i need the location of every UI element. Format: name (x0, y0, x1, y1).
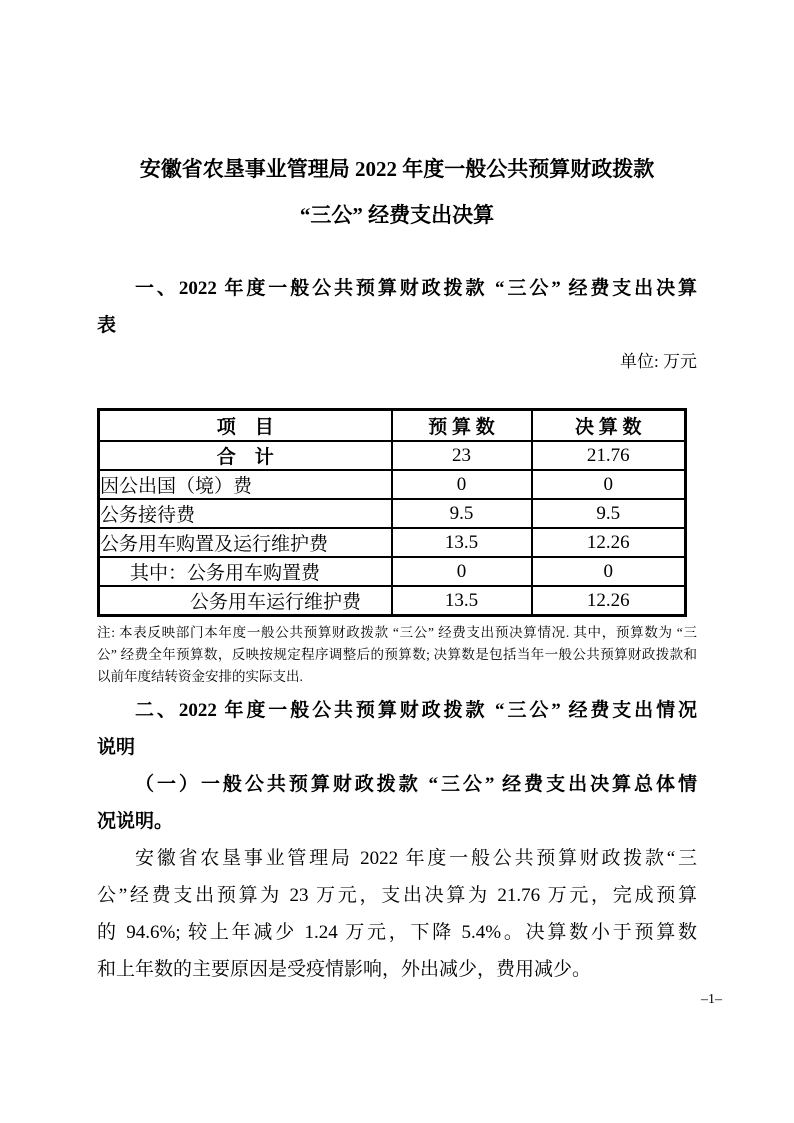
final-cell: 12.26 (532, 586, 686, 616)
section2-sub-heading: （一）一般公共预算财政拨款 “三公” 经费支出决算总体情况说明。 (97, 766, 697, 840)
header-final: 决 算 数 (532, 410, 686, 442)
section2-heading: 二、2022 年度一般公共预算财政拨款 “三公” 经费支出情况说明 (97, 692, 697, 766)
header-item: 项 目 (99, 410, 392, 442)
budget-table: 项 目 预 算 数 决 算 数 合 计2321.76因公出国（境）费00公务接待… (97, 408, 687, 617)
final-cell: 21.76 (532, 441, 686, 470)
section2-heading-line: 二、2022 年度一般公共预算财政拨款 “三公” 经费支出情况 (97, 692, 697, 729)
budget-cell: 13.5 (392, 528, 532, 557)
table-header-row: 项 目 预 算 数 决 算 数 (99, 410, 686, 442)
table-row: 因公出国（境）费00 (99, 470, 686, 499)
section2-sub-heading-line: 况说明。 (97, 803, 697, 840)
budget-cell: 0 (392, 557, 532, 586)
document-title: 安徽省农垦事业管理局 2022 年度一般公共预算财政拨款“三公” 经费支出决算 (97, 146, 697, 238)
final-cell: 12.26 (532, 528, 686, 557)
section2-paragraph: 安徽省农垦事业管理局 2022 年度一般公共预算财政拨款“三公”经费支出预算为 … (97, 840, 697, 988)
document-page: 安徽省农垦事业管理局 2022 年度一般公共预算财政拨款“三公” 经费支出决算 … (0, 0, 794, 1123)
section1-heading: 一、2022 年度一般公共预算财政拨款 “三公” 经费支出决算表 (97, 270, 697, 344)
final-cell: 0 (532, 557, 686, 586)
budget-cell: 13.5 (392, 586, 532, 616)
page-number: –1– (701, 992, 722, 1008)
table-row: 其中：公务用车购置费00 (99, 557, 686, 586)
item-cell: 因公出国（境）费 (99, 470, 392, 499)
document-title-line: “三公” 经费支出决算 (97, 192, 697, 238)
section2-paragraph-line: 公”经费支出预算为 23 万元，支出决算为 21.76 万元，完成预算 (97, 877, 697, 914)
budget-cell: 9.5 (392, 499, 532, 528)
table-note-line: 以前年度结转资金安排的实际支出. (97, 666, 697, 688)
table-note-line: 注: 本表反映部门本年度一般公共预算财政拨款 “三公” 经费支出预决算情况. 其… (97, 622, 697, 644)
section2-sub-heading-line: （一）一般公共预算财政拨款 “三公” 经费支出决算总体情 (97, 766, 697, 803)
section2-heading-line: 说明 (97, 729, 697, 766)
section2-block: 二、2022 年度一般公共预算财政拨款 “三公” 经费支出情况说明 （一）一般公… (97, 692, 697, 988)
item-cell: 其中：公务用车购置费 (99, 557, 392, 586)
header-budget: 预 算 数 (392, 410, 532, 442)
table-row: 合 计2321.76 (99, 441, 686, 470)
table-body: 合 计2321.76因公出国（境）费00公务接待费9.59.5公务用车购置及运行… (99, 441, 686, 616)
table-unit-label: 单位: 万元 (97, 350, 697, 374)
section2-paragraph-line: 的 94.6%; 较上年减少 1.24 万元，下降 5.4%。决算数小于预算数 (97, 914, 697, 951)
item-cell: 公务接待费 (99, 499, 392, 528)
budget-cell: 0 (392, 470, 532, 499)
item-cell: 合 计 (99, 441, 392, 470)
section1-heading-line: 一、2022 年度一般公共预算财政拨款 “三公” 经费支出决算 (97, 270, 697, 307)
item-cell: 公务用车购置及运行维护费 (99, 528, 392, 557)
table-note: 注: 本表反映部门本年度一般公共预算财政拨款 “三公” 经费支出预决算情况. 其… (97, 622, 697, 688)
table-row: 公务用车购置及运行维护费13.512.26 (99, 528, 686, 557)
item-cell: 公务用车运行维护费 (99, 586, 392, 616)
document-title-line: 安徽省农垦事业管理局 2022 年度一般公共预算财政拨款 (97, 146, 697, 192)
section2-paragraph-line: 和上年数的主要原因是受疫情影响，外出减少，费用减少。 (97, 951, 697, 988)
budget-cell: 23 (392, 441, 532, 470)
section1-heading-line: 表 (97, 307, 697, 344)
section2-paragraph-line: 安徽省农垦事业管理局 2022 年度一般公共预算财政拨款“三 (97, 840, 697, 877)
final-cell: 0 (532, 470, 686, 499)
table-row: 公务接待费9.59.5 (99, 499, 686, 528)
final-cell: 9.5 (532, 499, 686, 528)
table-row: 公务用车运行维护费13.512.26 (99, 586, 686, 616)
table-note-line: 公” 经费全年预算数，反映按规定程序调整后的预算数; 决算数是包括当年一般公共预… (97, 644, 697, 666)
